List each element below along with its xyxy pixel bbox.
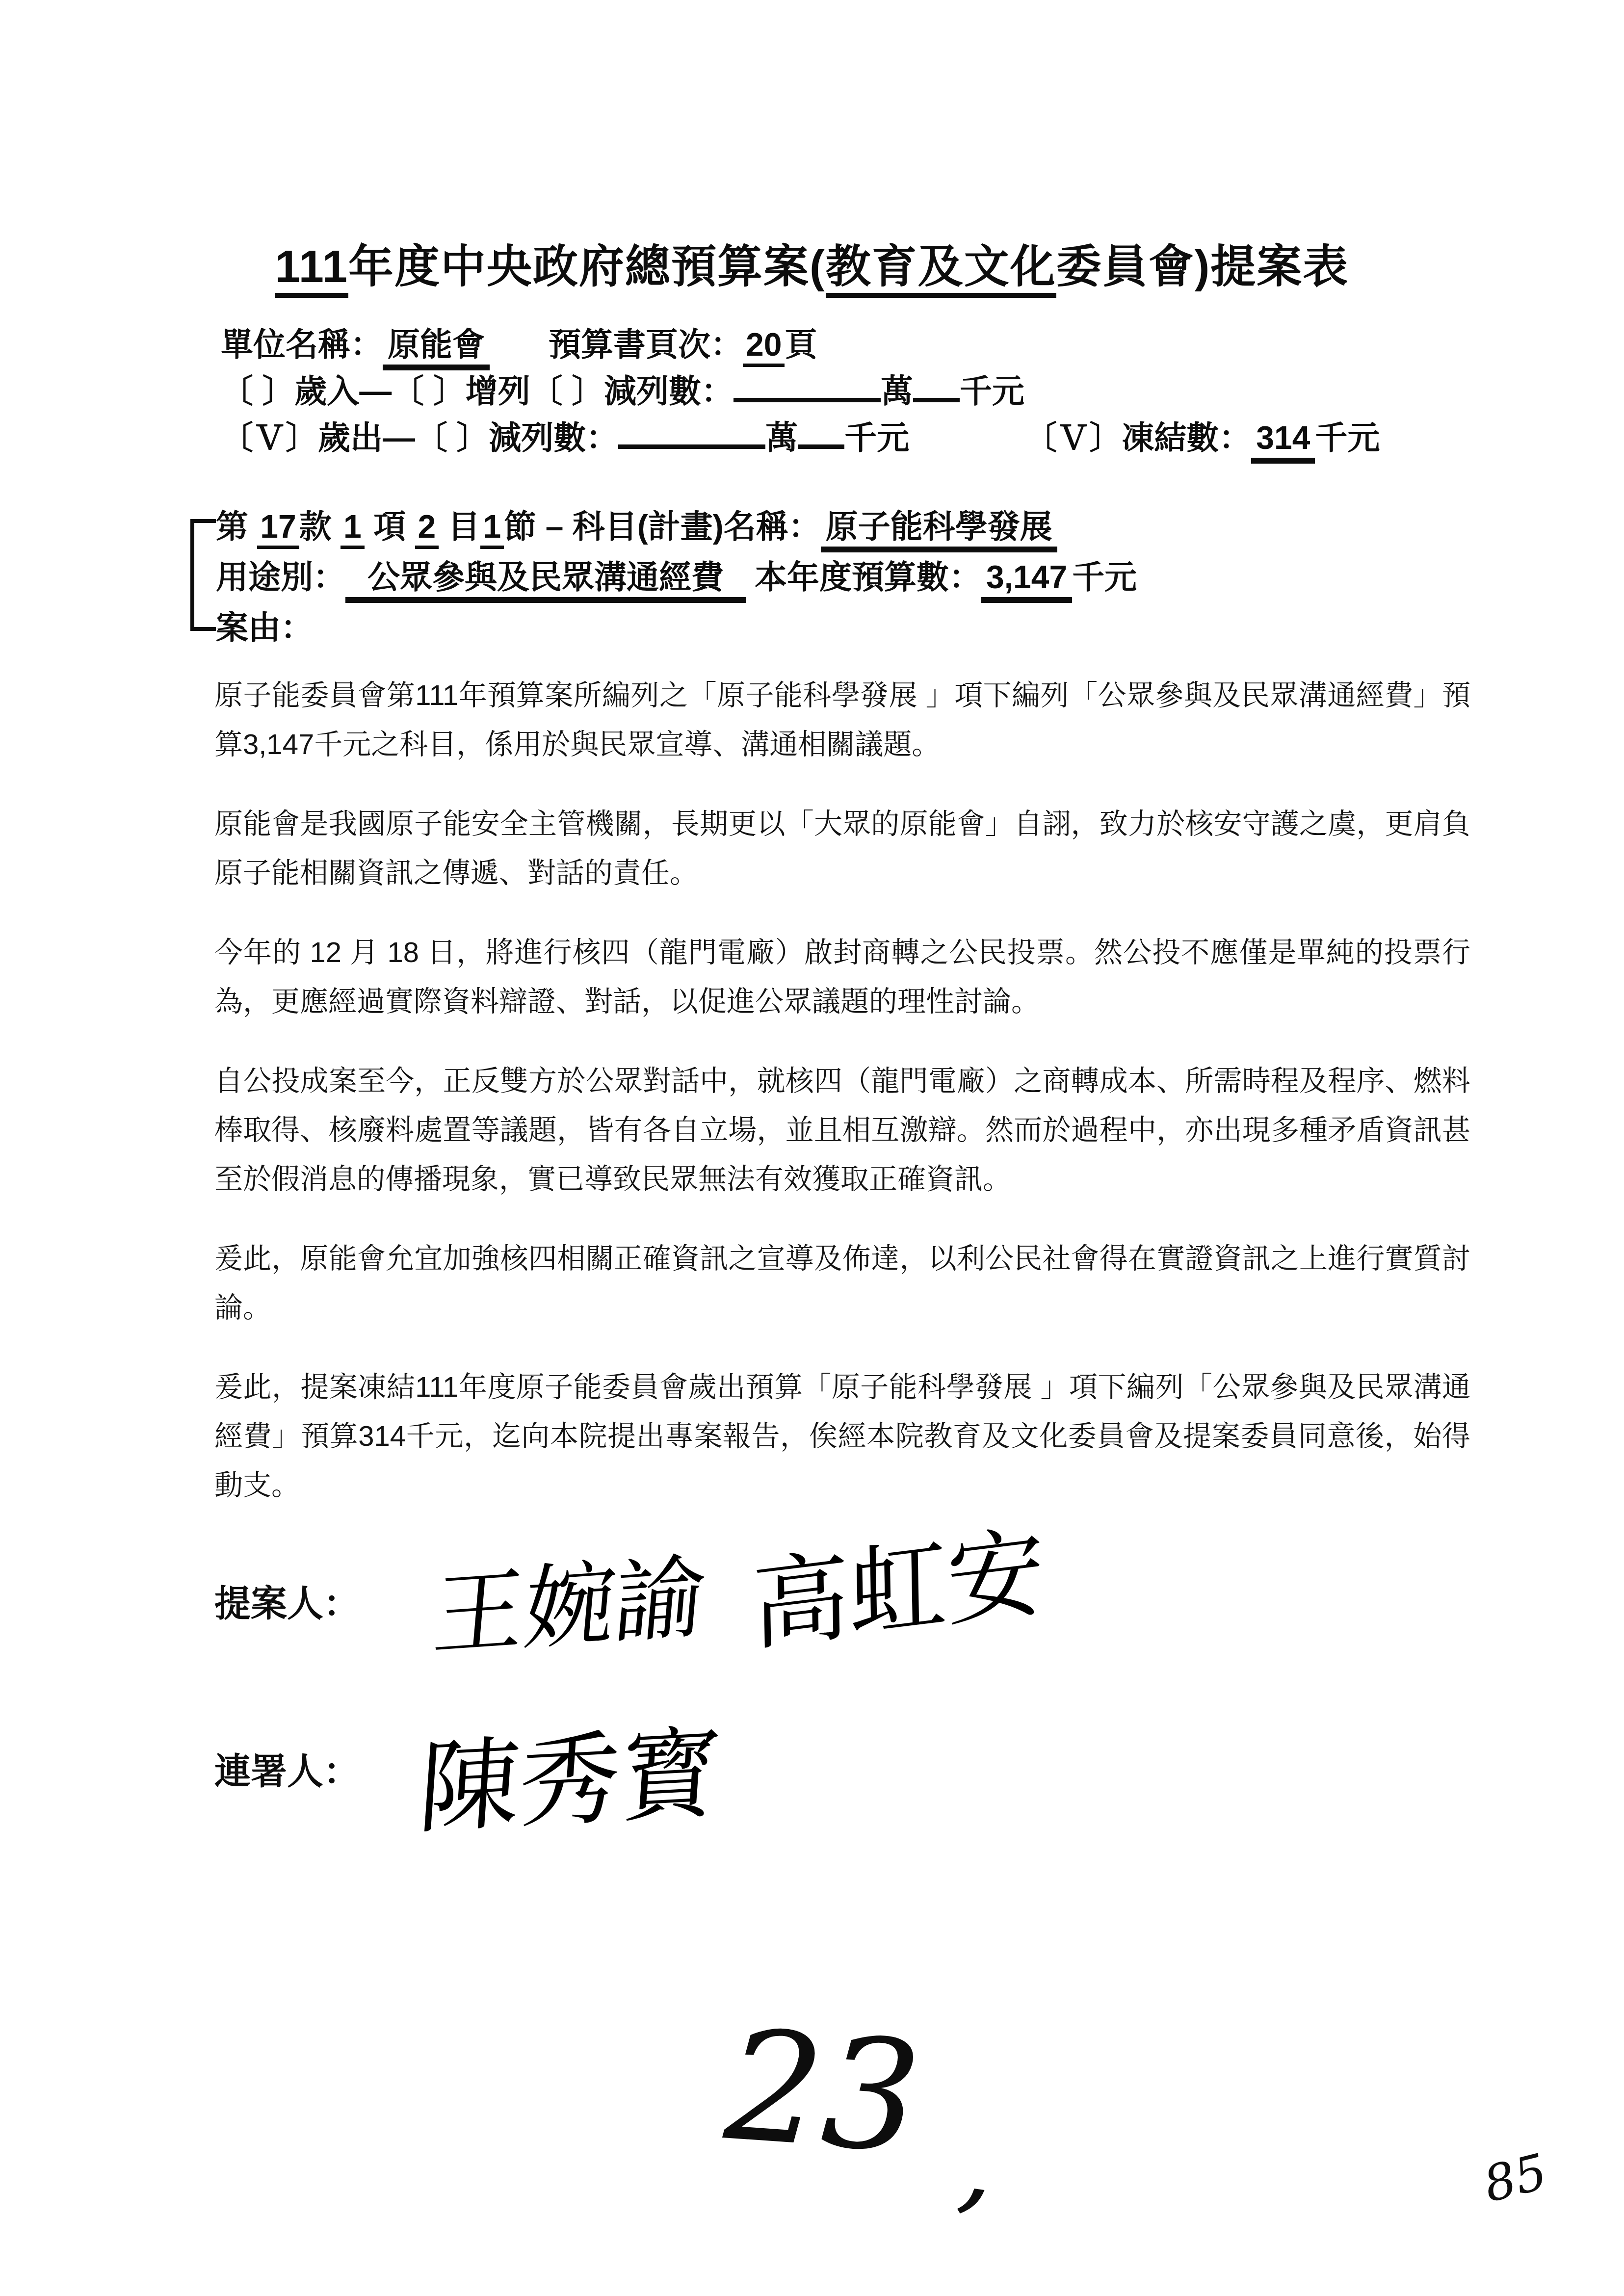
use-value: 公眾參與及民眾溝通經費 xyxy=(345,559,746,603)
proposer-signature-1: 王婉諭 xyxy=(429,1523,712,1673)
title-tail: 委員會)提案表 xyxy=(1056,242,1349,292)
revenue-unit-wan: 萬 xyxy=(881,373,913,409)
freeze-checkbox: 〔Ｖ〕 xyxy=(1024,419,1122,456)
blank-underline xyxy=(798,416,844,449)
pagenum-unit: 頁 xyxy=(785,326,817,363)
handwritten-page-number: 23 xyxy=(721,2010,925,2175)
revenue-checkbox-2: 〔 〕 xyxy=(392,373,465,409)
subject-value: 原子能科學發展 xyxy=(821,508,1057,552)
proposer-label: 提案人： xyxy=(214,1575,360,1627)
header-block: 單位名稱：原能會預算書頁次：20頁 〔 〕歲入—〔 〕增列〔 〕減列數：萬千元 … xyxy=(221,321,1380,461)
paragraph: 爰此，原能會允宜加強核四相關正確資訊之宣導及佈達，以利公民社會得在實證資訊之上進… xyxy=(214,1234,1470,1332)
budget-label: 本年度預算數： xyxy=(755,559,981,595)
expense-unit-qianyuan: 千元 xyxy=(844,419,909,456)
paragraph: 爰此，提案凍結111年度原子能委員會歲出預算「原子能科學發展 」項下編列「公眾參… xyxy=(214,1363,1470,1510)
title-committee: 教育及文化 xyxy=(826,242,1056,298)
pagenum-label: 預算書頁次： xyxy=(549,326,743,363)
expense-unit-wan: 萬 xyxy=(765,419,798,456)
revenue-add-label: 增列 xyxy=(466,373,530,409)
reason-line: 案由： xyxy=(216,602,1137,653)
freeze-unit: 千元 xyxy=(1315,419,1380,456)
blank-underline xyxy=(733,369,881,402)
reason-label: 案由： xyxy=(216,609,313,646)
case-section: 第 17款 1 項 2 目1節 – 科目(計畫)名稱：原子能科學發展 用途別：公… xyxy=(216,501,1137,653)
freeze-value: 314 xyxy=(1251,419,1315,464)
clause-prefix: 第 xyxy=(216,508,257,545)
revenue-checkbox-3: 〔 〕 xyxy=(530,373,604,409)
revenue-label: 歲入— xyxy=(294,373,392,409)
budget-value: 3,147 xyxy=(981,559,1072,603)
revenue-checkbox-1: 〔 〕 xyxy=(221,373,294,409)
paragraph: 原能會是我國原子能安全主管機關，長期更以「大眾的原能會」自詡，致力於核安守護之虞… xyxy=(214,800,1470,898)
paragraph: 原子能委員會第111年預算案所編列之「原子能科學發展 」項下編列「公眾參與及民眾… xyxy=(214,671,1470,769)
expense-label: 歲出— xyxy=(318,419,415,456)
sub-mu: 目 xyxy=(439,508,480,545)
title-mid: 年度中央政府總預算案( xyxy=(348,242,826,292)
use-line: 用途別：公眾參與及民眾溝通經費本年度預算數：3,147千元 xyxy=(216,552,1137,602)
revenue-unit-qianyuan: 千元 xyxy=(960,373,1024,409)
item-number: 1 xyxy=(341,508,365,549)
expense-line: 〔Ｖ〕歲出—〔 〕減列數：萬千元〔Ｖ〕凍結數：314千元 xyxy=(221,415,1380,461)
scanned-budget-proposal-form: 111年度中央政府總預算案(教育及文化委員會)提案表 單位名稱：原能會預算書頁次… xyxy=(0,0,1624,2296)
handwritten-corner-mark: 85 xyxy=(1479,2147,1552,2210)
freeze-label: 凍結數： xyxy=(1122,419,1251,456)
unit-value: 原能會 xyxy=(383,326,490,370)
expense-checkbox-2: 〔 〕 xyxy=(415,419,489,456)
expense-cut-label: 減列數： xyxy=(489,419,618,456)
cosigner-signature-1: 陳秀寳 xyxy=(415,1692,726,1853)
clause-kuan: 款 xyxy=(299,508,341,545)
blank-underline xyxy=(913,369,960,402)
subject-label: 節 – 科目(計畫)名稱： xyxy=(504,508,820,545)
sub-number: 2 xyxy=(415,508,439,549)
node-number: 1 xyxy=(480,508,504,549)
title-year: 111 xyxy=(275,242,348,298)
clause-line: 第 17款 1 項 2 目1節 – 科目(計畫)名稱：原子能科學發展 xyxy=(216,501,1137,552)
blank-underline xyxy=(618,416,765,449)
handwritten-comma-mark: , xyxy=(954,2108,1003,2219)
budget-unit: 千元 xyxy=(1072,559,1137,595)
paragraph: 今年的 12 月 18 日，將進行核四（龍門電廠）啟封商轉之公民投票。然公投不應… xyxy=(214,928,1470,1026)
revenue-line: 〔 〕歲入—〔 〕增列〔 〕減列數：萬千元 xyxy=(221,368,1380,415)
clause-number: 17 xyxy=(257,508,299,549)
document-title: 111年度中央政府總預算案(教育及文化委員會)提案表 xyxy=(0,231,1624,295)
revenue-cut-label: 減列數： xyxy=(604,373,733,409)
cosigner-label: 連署人： xyxy=(214,1743,360,1795)
item-xiang: 項 xyxy=(365,508,415,545)
unit-label: 單位名稱： xyxy=(221,326,383,363)
unit-line: 單位名稱：原能會預算書頁次：20頁 xyxy=(221,321,1380,368)
paragraph: 自公投成案至今，正反雙方於公眾對話中，就核四（龍門電廠）之商轉成本、所需時程及程… xyxy=(214,1057,1470,1204)
use-label: 用途別： xyxy=(216,559,345,595)
case-left-bracket xyxy=(190,519,216,631)
case-body: 原子能委員會第111年預算案所編列之「原子能科學發展 」項下編列「公眾參與及民眾… xyxy=(214,671,1470,1540)
expense-checkbox-1: 〔Ｖ〕 xyxy=(221,419,318,456)
pagenum-value: 20 xyxy=(743,326,785,367)
